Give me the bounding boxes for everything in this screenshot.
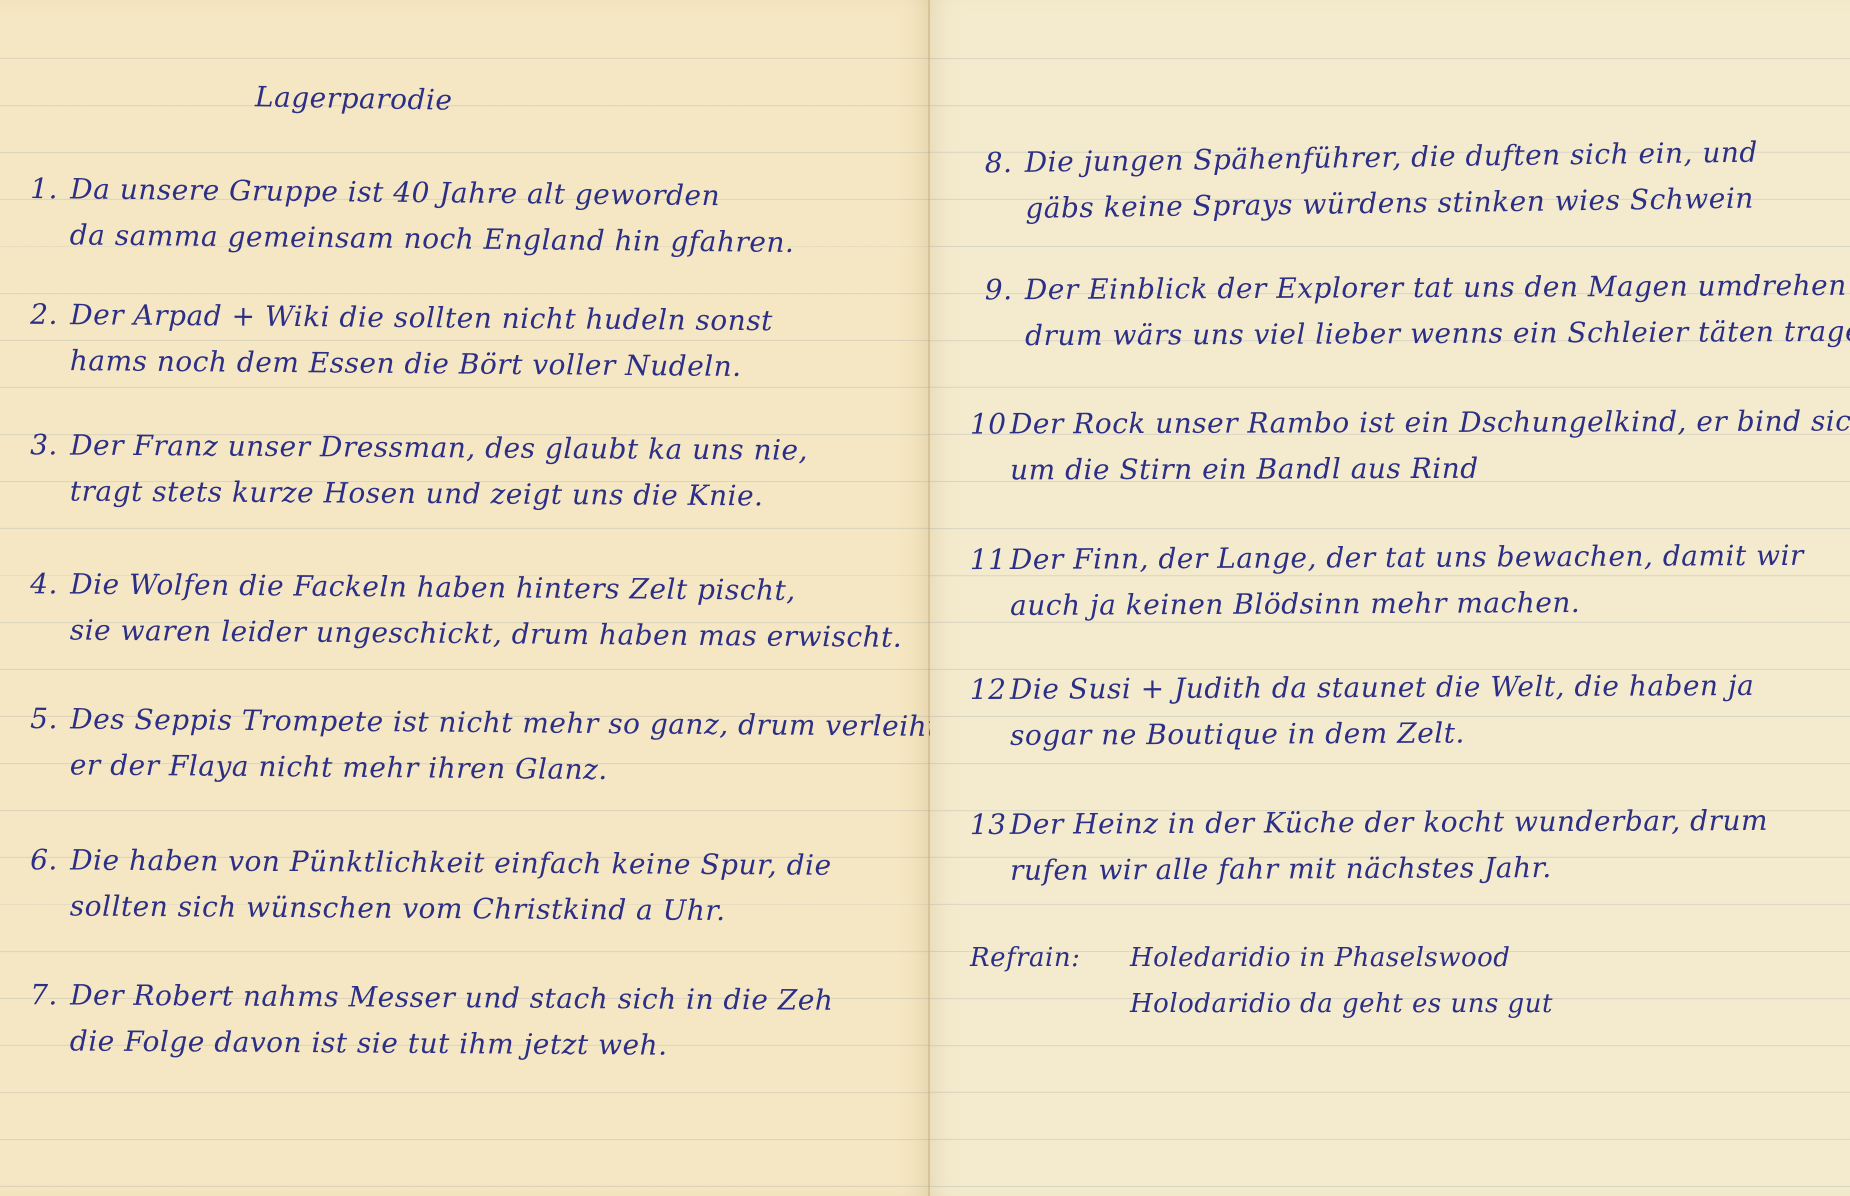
refrain-label: Refrain:: [970, 935, 1130, 1027]
verse-10: 10Der Rock unser Rambo ist ein Dschungel…: [970, 398, 1850, 493]
verse-line: tragt stets kurze Hosen und zeigt uns di…: [30, 468, 808, 519]
verse-line: Die jungen Spähenführer, die duften sich…: [1024, 136, 1758, 179]
verse-1: 1.Da unsere Gruppe ist 40 Jahre alt gewo…: [30, 166, 796, 266]
verse-number: 7.: [30, 972, 70, 1018]
verse-line: Der Robert nahms Messer und stach sich i…: [70, 978, 833, 1016]
verse-line: hams noch dem Essen die Bört voller Nude…: [30, 338, 773, 390]
verse-line: um die Stirn ein Bandl aus Rind: [970, 444, 1850, 493]
verse-line: Der Arpad + Wiki die sollten nicht hudel…: [70, 298, 773, 337]
verse-6: 6.Die haben von Pünktlichkeit einfach ke…: [30, 837, 832, 935]
left-page: Lagerparodie 1.Da unsere Gruppe ist 40 J…: [0, 0, 930, 1196]
verse-2: 2.Der Arpad + Wiki die sollten nicht hud…: [30, 292, 773, 390]
verse-line: Der Franz unser Dressman, des glaubt ka …: [70, 429, 808, 467]
verse-line: rufen wir alle fahr mit nächstes Jahr.: [970, 844, 1768, 894]
verse-line: drum wärs uns viel lieber wenns ein Schl…: [985, 309, 1850, 360]
verse-line: Da unsere Gruppe ist 40 Jahre alt geword…: [70, 172, 720, 212]
verse-9: 9.Der Einblick der Explorer tat uns den …: [985, 263, 1850, 360]
verse-line: Der Heinz in der Küche der kocht wunderb…: [1010, 804, 1768, 841]
verse-number: 4.: [30, 561, 70, 607]
verse-line: Der Einblick der Explorer tat uns den Ma…: [1025, 269, 1847, 306]
verse-number: 5.: [30, 696, 70, 742]
verse-line: sogar ne Boutique in dem Zelt.: [970, 709, 1755, 759]
refrain-line: Holedaridio in Phaselswood: [1130, 935, 1553, 981]
verse-line: sie waren leider ungeschickt, drum haben…: [30, 607, 903, 661]
verse-number: 13: [970, 802, 1010, 848]
verse-line: Der Rock unser Rambo ist ein Dschungelki…: [1010, 404, 1850, 440]
verse-3: 3.Der Franz unser Dressman, des glaubt k…: [30, 422, 808, 519]
verse-line: die Folge davon ist sie tut ihm jetzt we…: [30, 1018, 834, 1070]
verse-13: 13Der Heinz in der Küche der kocht wunde…: [970, 798, 1769, 894]
verse-line: Des Seppis Trompete ist nicht mehr so ga…: [70, 702, 939, 743]
verse-number: 11: [970, 537, 1010, 583]
verse-12: 12Die Susi + Judith da staunet die Welt,…: [970, 663, 1755, 759]
verse-number: 9.: [985, 267, 1025, 313]
verse-4: 4.Die Wolfen die Fackeln haben hinters Z…: [30, 561, 903, 661]
verse-number: 12: [970, 667, 1010, 713]
refrain-line: Holodaridio da geht es uns gut: [1130, 981, 1553, 1027]
verse-5: 5.Des Seppis Trompete ist nicht mehr so …: [30, 696, 940, 796]
verse-number: 10: [970, 401, 1010, 447]
verse-number: 3.: [30, 422, 70, 468]
verse-8: 8.Die jungen Spähenführer, die duften si…: [984, 130, 1758, 233]
page-title: Lagerparodie: [255, 80, 453, 116]
verse-line: er der Flaya nicht mehr ihren Glanz.: [30, 742, 939, 796]
verse-line: Die Wolfen die Fackeln haben hinters Zel…: [70, 568, 796, 607]
verse-number: 1.: [30, 166, 70, 212]
verse-7: 7.Der Robert nahms Messer und stach sich…: [30, 972, 834, 1070]
refrain-lines: Holedaridio in Phaselswood Holodaridio d…: [1130, 935, 1553, 1027]
verse-line: auch ja keinen Blödsinn mehr machen.: [970, 579, 1804, 629]
verse-line: Die Susi + Judith da staunet die Welt, d…: [1010, 669, 1755, 706]
verse-line: Der Finn, der Lange, der tat uns bewache…: [1010, 539, 1804, 576]
verse-number: 8.: [984, 140, 1025, 187]
verse-number: 6.: [30, 837, 70, 883]
verse-line: sollten sich wünschen vom Christkind a U…: [30, 883, 832, 935]
verse-line: Die haben von Pünktlichkeit einfach kein…: [70, 843, 832, 881]
verse-number: 2.: [30, 292, 70, 338]
verse-11: 11Der Finn, der Lange, der tat uns bewac…: [970, 533, 1805, 629]
verse-line: gäbs keine Sprays würdens stinken wies S…: [985, 176, 1759, 233]
notebook-spread: Lagerparodie 1.Da unsere Gruppe ist 40 J…: [0, 0, 1850, 1196]
refrain: Refrain: Holedaridio in Phaselswood Holo…: [970, 935, 1553, 1027]
verse-line: da samma gemeinsam noch England hin gfah…: [30, 212, 795, 266]
